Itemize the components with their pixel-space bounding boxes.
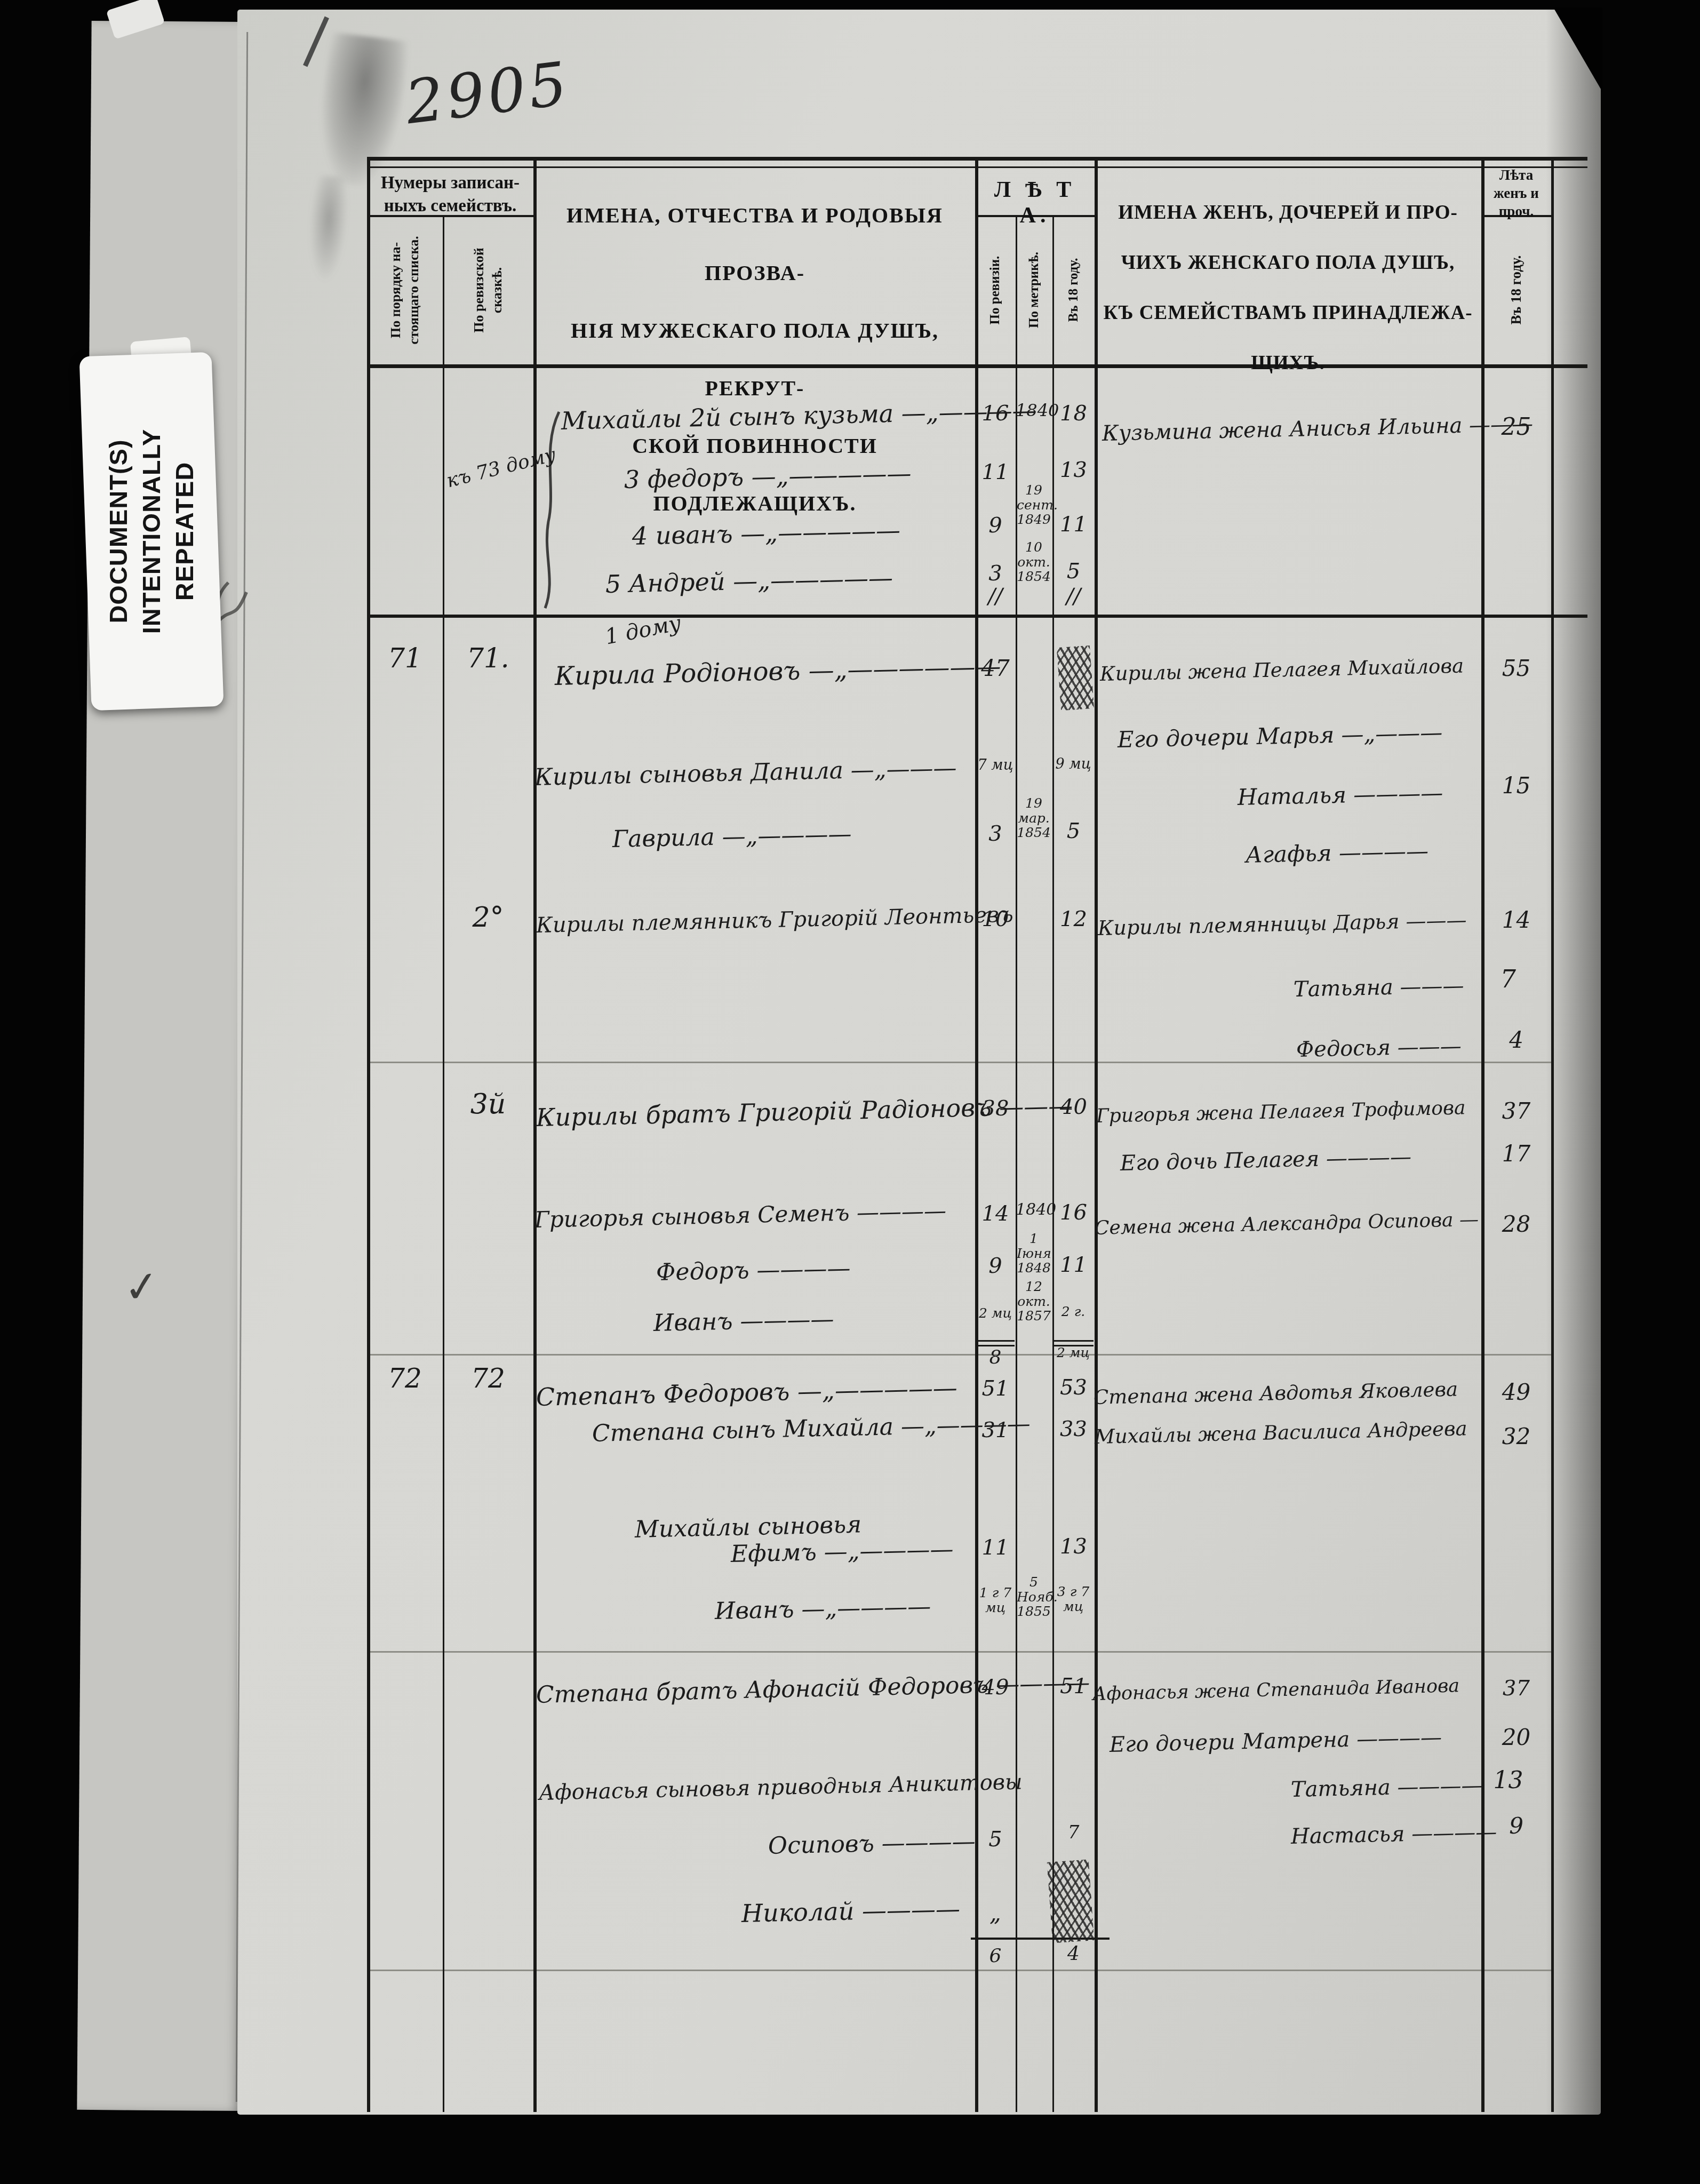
- age-by-revision: 3: [975, 561, 1016, 586]
- age-by-revision: 51: [975, 1376, 1016, 1401]
- age-in-year: 9 мц: [1055, 756, 1092, 772]
- age-by-revision: 49: [975, 1675, 1016, 1700]
- age-by-metric: 1 Іюня 1848: [1017, 1231, 1051, 1276]
- female-age: 37: [1481, 1098, 1551, 1124]
- faint-separator-line: [367, 1354, 1551, 1356]
- age-by-metric: 5 Нояб. 1855: [1017, 1575, 1051, 1619]
- age-by-revision: 5: [975, 1827, 1016, 1852]
- female-age: 7: [1473, 965, 1543, 993]
- scanned-census-document: 2905 Нумеры записан- ныхъ семействъ. ИМЕ…: [0, 0, 1700, 2184]
- sum-by-revision: 8: [975, 1346, 1016, 1368]
- female-name: Федосья ———: [1296, 1034, 1462, 1062]
- age-in-year: 5: [1052, 559, 1095, 584]
- female-age: 20: [1481, 1724, 1551, 1750]
- male-name: Иванъ —„————: [714, 1593, 931, 1625]
- female-name: Агафья ————: [1245, 838, 1428, 868]
- ditto-mark: „: [975, 1900, 1016, 1926]
- age-by-revision: 9: [975, 513, 1016, 538]
- age-by-revision: 3: [975, 822, 1016, 846]
- age-by-metric: 10 окт. 1854: [1017, 540, 1051, 584]
- age-by-metric: 19 мар. 1854: [1017, 796, 1051, 840]
- age-by-revision: 11: [975, 460, 1016, 484]
- age-in-year: 18: [1052, 401, 1095, 426]
- male-name: Гаврила —„————: [612, 820, 852, 853]
- age-in-year: 11: [1052, 512, 1095, 537]
- header-line: женъ и: [1481, 185, 1551, 203]
- header-line: Въ 18 году.: [1066, 258, 1081, 322]
- age-by-revision: 16: [975, 401, 1016, 426]
- female-age: 15: [1481, 772, 1551, 799]
- female-age: 14: [1481, 907, 1551, 933]
- female-name: Татьяна ———: [1293, 974, 1464, 1002]
- age-in-year: 16: [1052, 1200, 1095, 1225]
- header-female-ages-group: Лѣта женъ и проч.: [1481, 166, 1551, 220]
- header-line: КЪ СЕМЕЙСТВАМЪ ПРИНАДЛЕЖА-: [1100, 288, 1476, 338]
- header-line: По ревизской: [470, 248, 488, 332]
- card-line: INTENTIONALLY: [135, 361, 168, 702]
- age-in-year: 2 г.: [1055, 1304, 1092, 1319]
- tally-mark: ∕∕: [1052, 584, 1095, 609]
- male-name: Николай ————: [741, 1894, 960, 1928]
- ink-smudge: [306, 175, 350, 284]
- table-right-border: [1551, 157, 1554, 2112]
- family-number-order: 71: [367, 643, 443, 674]
- age-by-metric: 1840: [1016, 1200, 1052, 1219]
- female-age: 9: [1481, 1813, 1551, 1839]
- sum-line: [1052, 1340, 1094, 1342]
- header-line: Лѣта: [1481, 166, 1551, 185]
- age-by-revision: 10: [975, 907, 1016, 931]
- male-name: Ефимъ —„————: [730, 1536, 954, 1568]
- female-age: 55: [1481, 655, 1551, 681]
- header-line: сказкѣ.: [488, 267, 506, 314]
- card-line: DOCUMENT(S): [102, 361, 135, 702]
- age-by-revision: 11: [975, 1535, 1016, 1560]
- age-by-revision: 7 мц: [977, 758, 1013, 774]
- age-in-year: 12: [1052, 907, 1095, 931]
- family-brace: [538, 410, 563, 610]
- age-by-metric: 19 сент. 1849: [1017, 483, 1051, 527]
- female-age: 17: [1481, 1141, 1551, 1167]
- total-in-year: 4: [1052, 1943, 1095, 1965]
- sum-in-year: 2 мц: [1055, 1345, 1092, 1360]
- age-by-revision: 38: [975, 1096, 1016, 1121]
- header-female-age-in-year: Въ 18 году.: [1481, 216, 1551, 364]
- female-age: 28: [1481, 1211, 1551, 1237]
- header-line: По порядку на-: [387, 242, 405, 338]
- age-by-revision: 2 мц: [977, 1306, 1013, 1321]
- crossed-out-mark: [1047, 1859, 1094, 1943]
- female-age: 4: [1481, 1027, 1551, 1053]
- male-name: Федоръ ————: [656, 1255, 850, 1286]
- age-in-year: 33: [1052, 1417, 1095, 1441]
- age-by-revision: 14: [975, 1201, 1016, 1226]
- female-name: Татьяна ————: [1290, 1773, 1483, 1802]
- age-in-year: 40: [1052, 1095, 1095, 1119]
- female-age: 25: [1481, 413, 1551, 441]
- total-by-revision: 6: [975, 1945, 1016, 1967]
- header-by-order-col: По порядку на- стоящаго списка.: [367, 216, 443, 364]
- repeat-notice-text: DOCUMENT(S) INTENTIONALLY REPEATED: [85, 361, 218, 702]
- family-number-order: 72: [367, 1363, 443, 1394]
- female-name: Наталья ————: [1237, 779, 1443, 810]
- header-line: стоящаго списка.: [405, 236, 423, 344]
- table-left-border: [367, 157, 370, 2112]
- faint-pencil-line: [367, 1970, 1551, 1971]
- card-line: REPEATED: [168, 361, 201, 702]
- header-line: Въ 18 году.: [1508, 256, 1525, 325]
- age-in-year: 5: [1052, 819, 1095, 843]
- sum-line: [976, 1340, 1015, 1342]
- column-line-names-ages: [975, 157, 978, 2112]
- header-line: ЩИХЪ.: [1100, 338, 1476, 388]
- header-line: По ревизіи.: [988, 256, 1003, 325]
- header-line: Нумеры записан-: [367, 172, 533, 195]
- column-line-order: [443, 215, 444, 2112]
- female-age: 37: [1481, 1676, 1551, 1701]
- age-in-year: 53: [1052, 1375, 1095, 1400]
- age-by-metric: 12 окт. 1857: [1017, 1279, 1051, 1324]
- male-name: Иванъ ————: [653, 1305, 834, 1337]
- faint-separator-line: [367, 1651, 1551, 1653]
- age-in-year: 13: [1052, 1534, 1095, 1559]
- tally-mark: ∕∕: [975, 584, 1016, 609]
- header-age-by-revision: По ревизіи.: [975, 216, 1016, 364]
- age-in-year: 13: [1052, 458, 1095, 482]
- crossed-out-mark: [1057, 645, 1094, 711]
- age-by-revision: 1 г 7 мц: [977, 1585, 1013, 1615]
- age-in-year: 7: [1052, 1822, 1095, 1843]
- header-line: ныхъ семействъ.: [367, 195, 533, 218]
- faint-separator-line: [367, 1062, 1551, 1063]
- header-age-by-metric: По метрикѣ.: [1016, 216, 1052, 364]
- family-number-revision: 72: [443, 1363, 533, 1394]
- family-number-revision: 71.: [443, 643, 533, 674]
- subfamily-number: 3й: [443, 1088, 533, 1120]
- header-by-revision-tale-col: По ревизской сказкѣ.: [443, 216, 533, 364]
- header-age-in-year: Въ 18 году.: [1052, 216, 1095, 364]
- female-age: 13: [1473, 1767, 1543, 1794]
- age-by-revision: 9: [975, 1254, 1016, 1278]
- subfamily-number: 2°: [443, 902, 533, 934]
- check-mark: ✓: [121, 1261, 162, 1313]
- header-family-numbers: Нумеры записан- ныхъ семействъ.: [367, 172, 533, 218]
- header-female-names: ИМЕНА ЖЕНЪ, ДОЧЕРЕЙ И ПРО- ЧИХЪ ЖЕНСКАГО…: [1100, 188, 1476, 388]
- age-by-metric: 1840: [1016, 400, 1052, 420]
- female-name: Настасья ————: [1290, 1820, 1497, 1849]
- female-age: 32: [1481, 1423, 1551, 1449]
- female-age: 49: [1481, 1379, 1551, 1405]
- column-line-ages-female: [1095, 157, 1098, 2112]
- age-in-year: 3 г 7 мц: [1055, 1584, 1092, 1614]
- page-edge-shadow: [1546, 10, 1601, 2115]
- header-line: По метрикѣ.: [1026, 252, 1041, 328]
- age-by-revision: 31: [975, 1418, 1016, 1442]
- age-in-year: 11: [1052, 1253, 1095, 1277]
- header-line: ИМЕНА, ОТЧЕСТВА И РОДОВЫЯ ПРОЗВА-: [539, 187, 971, 302]
- underlying-page-edge: [77, 21, 258, 2111]
- age-in-year: 51: [1052, 1674, 1095, 1699]
- header-line: ИМЕНА ЖЕНЪ, ДОЧЕРЕЙ И ПРО-: [1100, 188, 1476, 238]
- male-name: 4 иванъ —„—————: [632, 516, 900, 551]
- age-by-revision: 47: [975, 655, 1016, 681]
- header-line: ЧИХЪ ЖЕНСКАГО ПОЛА ДУШЪ,: [1100, 238, 1476, 288]
- male-name: Осиповъ ————: [768, 1828, 976, 1860]
